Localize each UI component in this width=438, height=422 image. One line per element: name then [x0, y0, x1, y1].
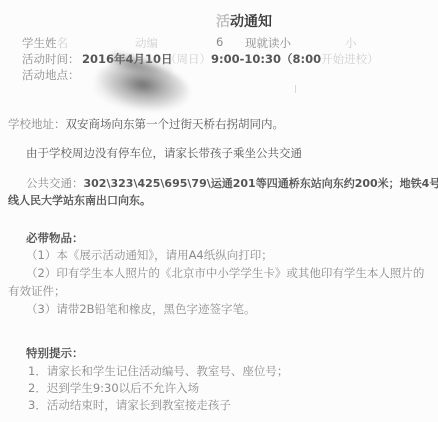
activity-number-label: 动编 [135, 35, 158, 51]
special-note: 3．活动结束时，请家长到教室接走孩子 [28, 397, 231, 413]
required-item-continued: 有效证件； [8, 283, 66, 299]
public-transit-continued: 线人民大学站东南出口向东。 [8, 192, 151, 208]
scan-mark [295, 85, 296, 93]
school-address: 学校地址：双安商场向东第一个过街天桥右拐胡同内。 [8, 116, 284, 132]
required-items-heading: 必带物品： [26, 230, 84, 246]
document-title: 活动通知 [216, 11, 272, 31]
activity-time: 9:00-10:30（8:00开始进校） [211, 51, 379, 67]
activity-location-label: 活动地点： [22, 67, 80, 83]
required-item: （1）本《展示活动通知》，请用A4纸纵向打印； [26, 247, 273, 263]
parking-note: 由于学校周边没有停车位，请家长带孩子乘坐公共交通 [26, 145, 302, 161]
activity-notice-document: 活动通知 学生姓名 动编 6 现就读小 小 活动时间： 2016年4月10日 （… [0, 0, 438, 422]
activity-number-value: 6 [216, 35, 223, 49]
special-note: 1．请家长和学生记住活动编号、教室号、座位号； [28, 363, 288, 379]
current-school-value: 小 [345, 35, 357, 51]
special-note: 2．迟到学生9:30以后不允许入场 [28, 380, 199, 396]
student-name-label: 学生姓名 [22, 35, 68, 51]
special-notes-heading: 特别提示： [26, 345, 84, 361]
public-transit: 公共交通：302\323\425\695\79\运通201等四通桥东站向东约20… [26, 175, 438, 191]
activity-time-label: 活动时间： [22, 51, 80, 67]
required-item: （3）请带2B铅笔和橡皮，黑色字迹签字笔。 [26, 301, 256, 317]
current-school-label: 现就读小 [245, 35, 291, 51]
required-item: （2）印有学生本人照片的《北京市中小学学生卡》或其他印有学生本人照片的 [26, 265, 424, 281]
